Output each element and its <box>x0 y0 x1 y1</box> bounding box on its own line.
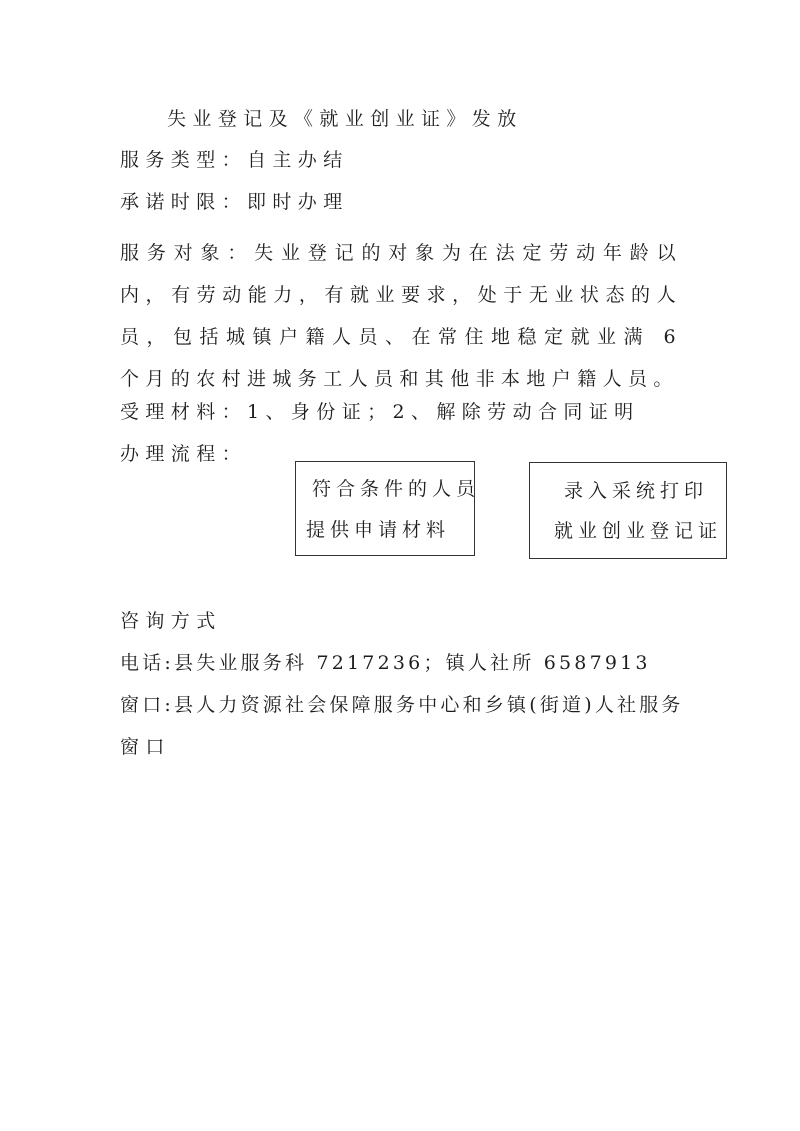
document-title: 失业登记及《就业创业证》发放 <box>167 107 523 131</box>
service-type: 服务类型：自主办结 <box>120 148 349 172</box>
flowchart-step-2: 录入采统打印 就业创业登记证 <box>529 462 727 559</box>
time-limit: 承诺时限：即时办理 <box>120 190 349 214</box>
flowchart-step-1-line2: 提供申请材料 <box>306 518 450 542</box>
service-target: 服务对象：失业登记的对象为在法定劳动年龄以内，有劳动能力，有就业要求，处于无业状… <box>120 232 682 400</box>
process-label: 办理流程： <box>120 442 247 466</box>
flowchart-step-1-line1: 符合条件的人员 <box>312 477 480 501</box>
flowchart-step-2-line2: 就业创业登记证 <box>554 519 722 543</box>
flowchart-step-1: 符合条件的人员 提供申请材料 <box>295 461 475 556</box>
flowchart-step-2-line1: 录入采统打印 <box>564 479 708 503</box>
consult-heading: 咨询方式 <box>120 609 222 633</box>
consult-window: 窗口:县人力资源社会保障服务中心和乡镇(街道)人社服务 <box>120 693 684 717</box>
consult-phone: 电话:县失业服务科 7217236；镇人社所 6587913 <box>120 651 651 675</box>
consult-window-continued: 窗口 <box>120 735 171 759</box>
materials: 受理材料：1、身份证；2、解除劳动合同证明 <box>120 400 640 424</box>
